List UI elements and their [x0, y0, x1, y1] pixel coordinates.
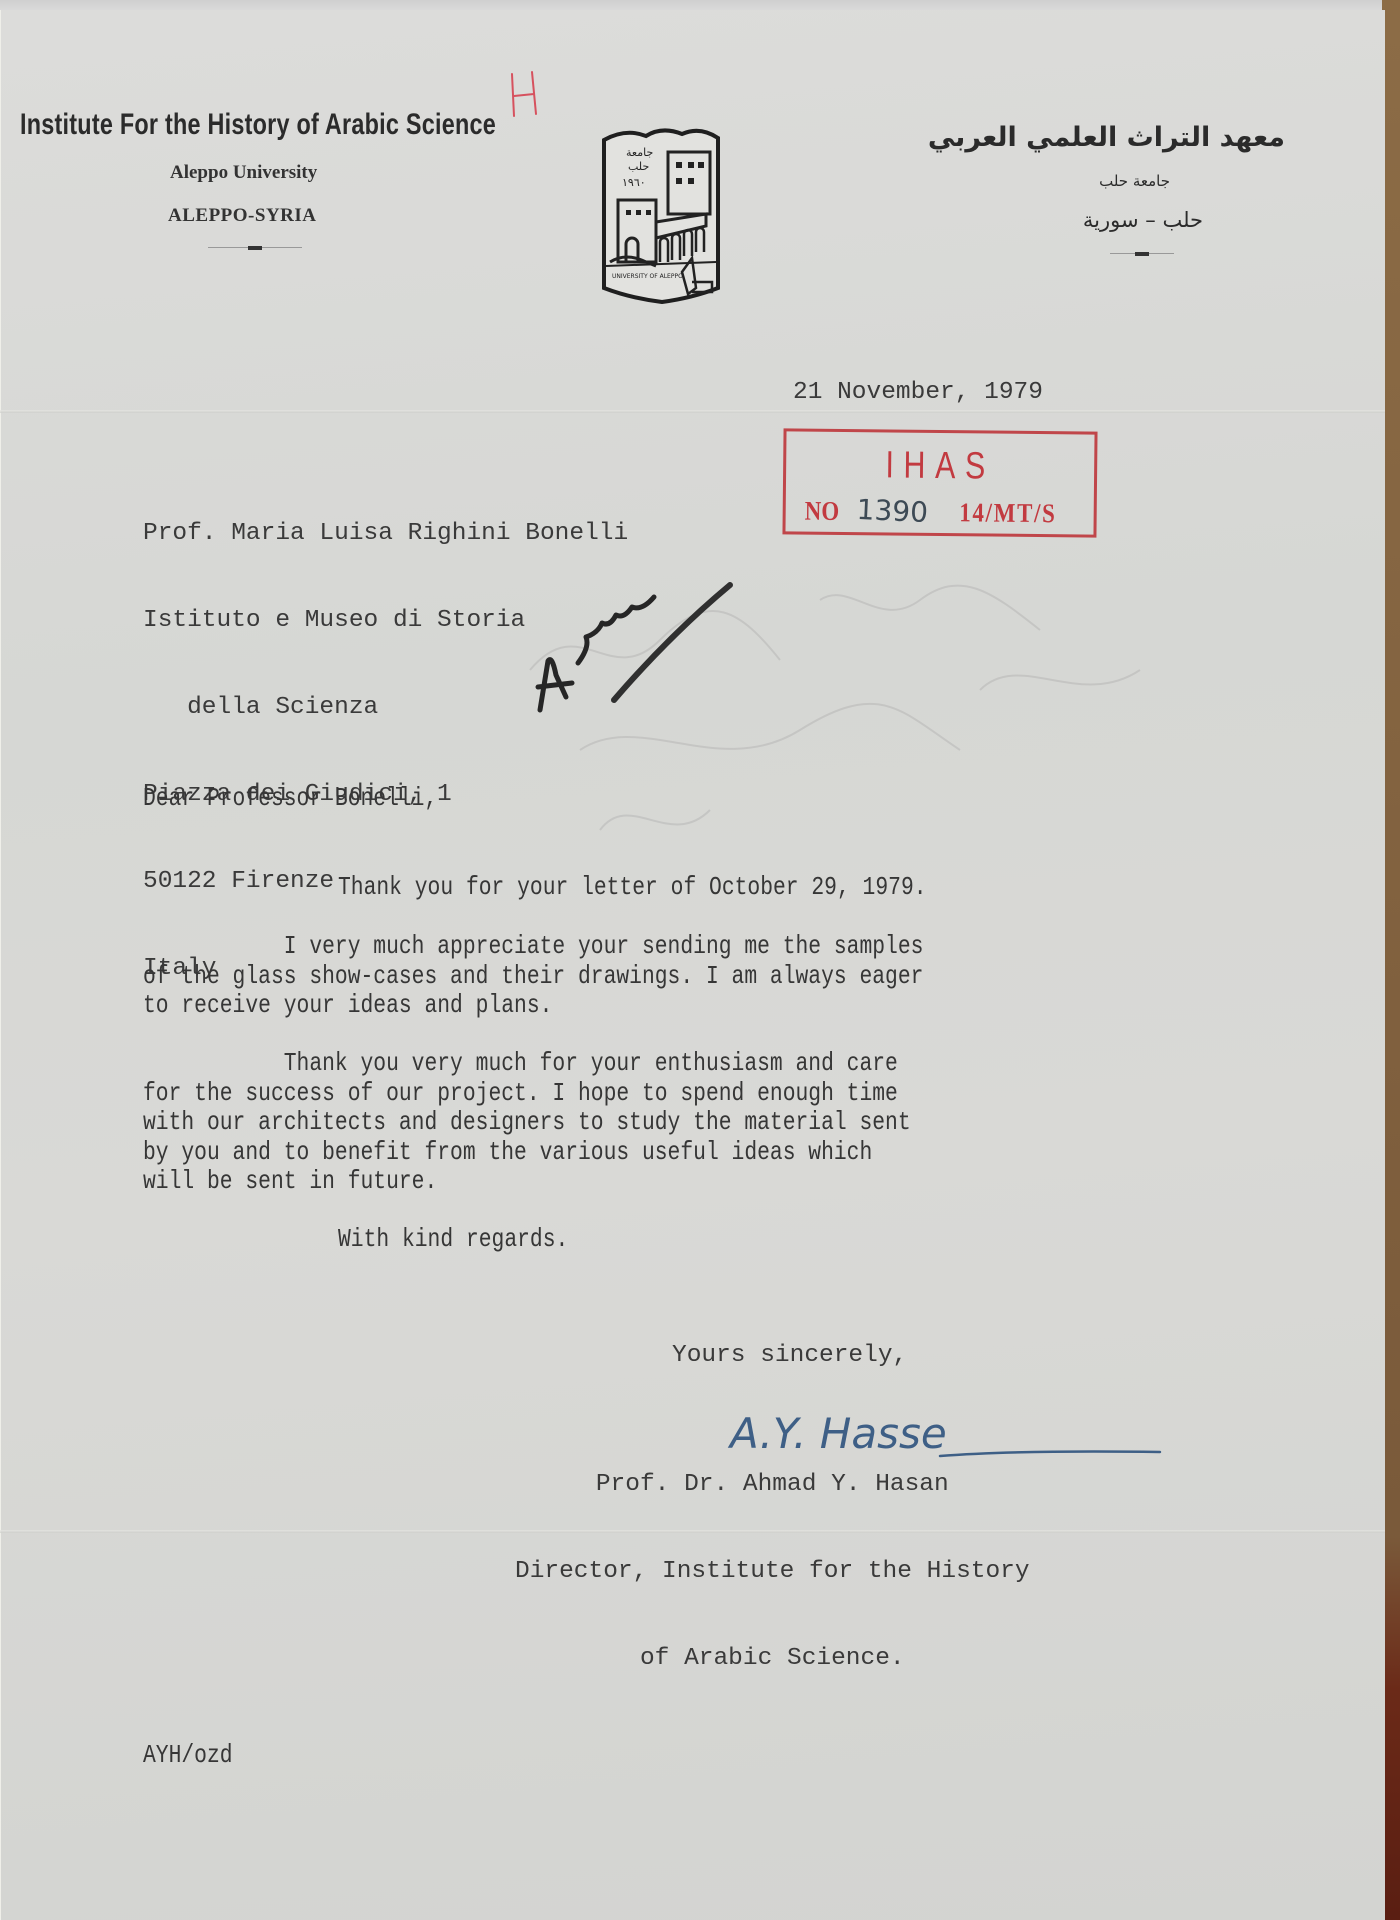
complimentary-close: Yours sincerely,	[672, 1341, 907, 1370]
letterhead-divider-left	[208, 247, 302, 250]
letterhead-city: ALEPPO-SYRIA	[168, 205, 317, 227]
signatory-name: Prof. Dr. Ahmad Y. Hasan	[515, 1470, 1030, 1499]
signatory-block: Prof. Dr. Ahmad Y. Hasan Director, Insti…	[515, 1412, 1030, 1731]
address-line: Prof. Maria Luisa Righini Bonelli	[143, 519, 628, 548]
signatory-title-continued: of Arabic Science.	[515, 1644, 1030, 1673]
svg-text:UNIVERSITY OF ALEPPO: UNIVERSITY OF ALEPPO	[612, 273, 683, 280]
letter-date: 21 November, 1979	[793, 378, 1043, 407]
reference-initials: AYH/ozd	[143, 1741, 233, 1771]
letterhead-divider-right	[1110, 253, 1174, 256]
handwritten-h-mark	[508, 70, 540, 118]
svg-text:حلب: حلب	[628, 160, 649, 173]
letterhead-university: Aleppo University	[170, 162, 317, 184]
handwritten-initials	[520, 565, 740, 715]
body-paragraph-2: I very much appreciate your sending me t…	[143, 932, 923, 1021]
letterhead-university-arabic: جامعة حلب	[1099, 172, 1170, 190]
ihas-registration-stamp: IHAS NO 1390 14/MT/S	[782, 428, 1097, 537]
svg-text:١٩٦٠: ١٩٦٠	[622, 176, 646, 189]
body-paragraph-3: Thank you very much for your enthusiasm …	[143, 1049, 911, 1197]
letterhead-institute-name: Institute For the History of Arabic Scie…	[20, 108, 496, 142]
signatory-title: Director, Institute for the History	[515, 1557, 1030, 1586]
letter-page: Institute For the History of Arabic Scie…	[0, 10, 1385, 1920]
salutation: Dear Professor Bonelli,	[143, 784, 437, 814]
stamp-title: IHAS	[817, 444, 1064, 490]
closing-regards: With kind regards.	[338, 1225, 568, 1255]
body-paragraph-1: Thank you for your letter of October 29,…	[338, 873, 927, 903]
letterhead-city-arabic: حلب – سورية	[1083, 208, 1203, 232]
svg-text:جامعة: جامعة	[626, 146, 653, 159]
paper-fold	[0, 410, 1385, 413]
stamp-number-label: NO	[805, 496, 840, 527]
stamp-code: 14/MT/S	[959, 497, 1057, 529]
stamp-handwritten-number: 1390	[856, 493, 929, 529]
university-crest-logo: جامعة حلب ١٩٦٠ UNIVERSITY OF ALEPPO	[596, 122, 726, 308]
letterhead-institute-name-arabic: معهد التراث العلمي العربي	[928, 122, 1285, 153]
